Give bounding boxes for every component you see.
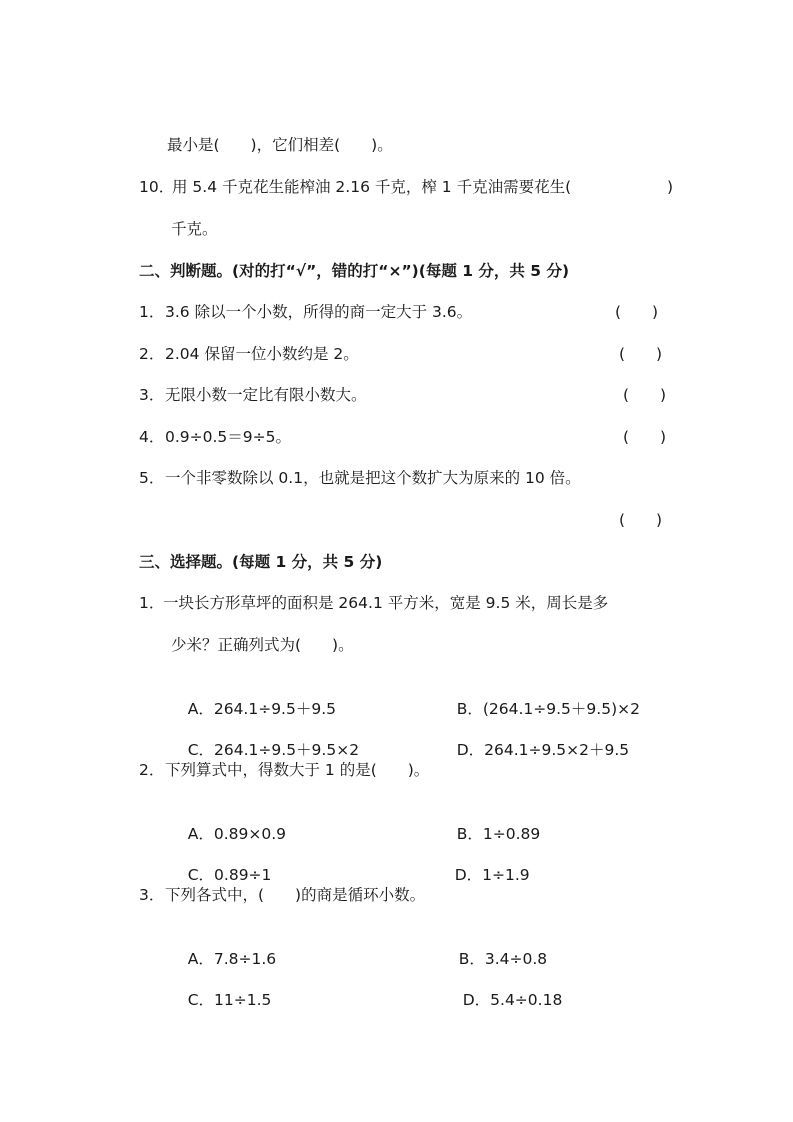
q9-continuation: 最小是( )，它们相差( )。 [167,134,393,156]
judge-text: 2.04 保留一位小数约是 2。 [165,343,359,365]
judge-number: 3． [139,384,164,406]
option-label: C． [188,991,214,1009]
option-text: 0.89÷1 [214,866,271,884]
option-text: (264.1÷9.5＋9.5)×2 [483,700,640,718]
answer-blank[interactable]: ( ) [615,301,658,323]
answer-blank[interactable]: ( ) [623,426,666,448]
option-text: 3.4÷0.8 [485,950,547,968]
question-text: 下列算式中，得数大于 1 的是( )。 [165,759,429,781]
question-continuation: 少米？正确列式为( )。 [171,634,354,656]
option-text: 264.1÷9.5＋9.5×2 [214,741,359,759]
answer-blank[interactable]: ( ) [623,384,666,406]
question-number: 2． [139,759,164,781]
judge-text: 无限小数一定比有限小数大。 [165,384,367,406]
q10-continuation: 千克。 [171,218,218,240]
option-label: A． [188,950,214,968]
option-label: D． [457,741,484,759]
option-label: D． [455,866,482,884]
q10-close-paren: ) [667,176,673,198]
option-text: 1÷1.9 [482,866,530,884]
question-text: 一块长方形草坪的面积是 264.1 平方米，宽是 9.5 米，周长是多 [163,592,608,614]
section2-heading: 二、判断题。(对的打“√”，错的打“×”)(每题 1 分，共 5 分) [139,260,569,282]
option-label: A． [188,825,214,843]
option-label: A． [188,700,214,718]
option-text: 264.1÷9.5＋9.5 [214,700,336,718]
option-label: D． [463,991,490,1009]
option-text: 1÷0.89 [483,825,540,843]
option-text: 264.1÷9.5×2＋9.5 [484,741,629,759]
judge-text: 3.6 除以一个小数，所得的商一定大于 3.6。 [165,301,472,323]
judge-number: 5． [139,467,164,489]
judge-number: 2． [139,343,164,365]
option-label: B． [457,825,483,843]
q10-text: 用 5.4 千克花生能榨油 2.16 千克，榨 1 千克油需要花生( [172,176,571,198]
option-c[interactable]: C．11÷1.5 [168,967,271,1033]
judge-number: 1． [139,301,164,323]
question-number: 3． [139,884,164,906]
option-d[interactable]: D．1÷1.9 [435,842,530,908]
judge-text: 0.9÷0.5＝9÷5。 [165,426,291,448]
option-text: 0.89×0.9 [214,825,286,843]
section3-heading: 三、选择题。(每题 1 分，共 5 分) [139,551,382,573]
question-text: 下列各式中，( )的商是循环小数。 [165,884,425,906]
option-d[interactable]: D．264.1÷9.5×2＋9.5 [437,717,629,783]
judge-number: 4． [139,426,164,448]
q10-number: 10． [139,176,174,198]
question-number: 1． [139,592,164,614]
option-label: B． [459,950,485,968]
option-label: B． [457,700,483,718]
option-text: 7.8÷1.6 [214,950,276,968]
answer-blank[interactable]: ( ) [619,343,662,365]
option-label: C． [188,741,214,759]
answer-blank[interactable]: ( ) [619,509,662,531]
option-d[interactable]: D．5.4÷0.18 [443,967,562,1033]
option-text: 5.4÷0.18 [490,991,562,1009]
option-text: 11÷1.5 [214,991,271,1009]
judge-text: 一个非零数除以 0.1，也就是把这个数扩大为原来的 10 倍。 [165,467,581,489]
option-label: C． [188,866,214,884]
